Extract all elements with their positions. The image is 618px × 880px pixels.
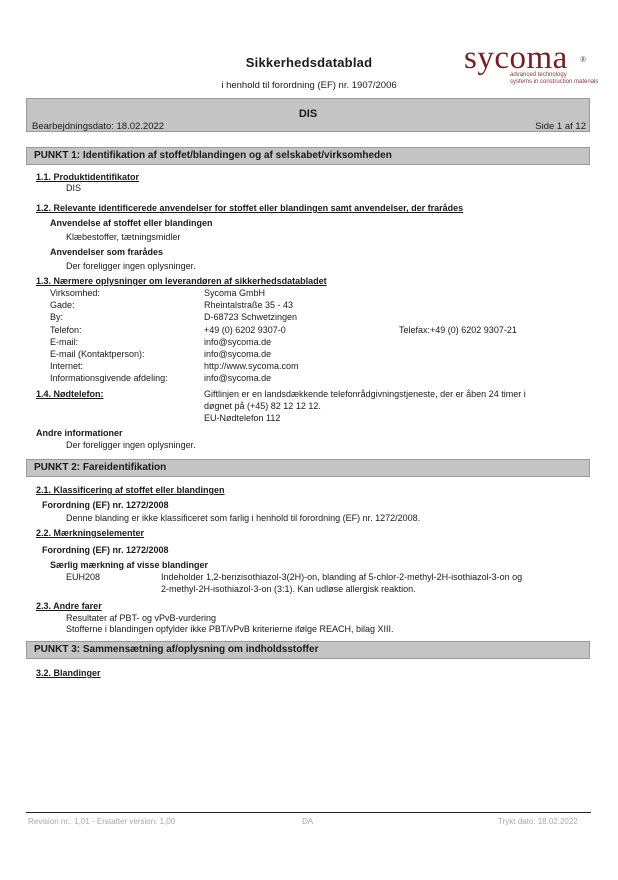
- registered-mark-icon: ®: [580, 46, 587, 74]
- email-label: E-mail:: [50, 337, 78, 347]
- phone-label: Telefon:: [50, 325, 82, 335]
- processing-date: Bearbejdningsdato: 18.02.2022: [32, 121, 164, 132]
- city-label: By:: [50, 312, 63, 322]
- revision-info: Revision nr.: 1,01 - Erstatter version: …: [28, 817, 175, 826]
- section-2-header: PUNKT 2: Fareidentifikation: [26, 459, 590, 477]
- website-link[interactable]: http://www.sycoma.com: [204, 361, 299, 371]
- language-code: DA: [302, 817, 313, 826]
- use-label: Anvendelse af stoffet eller blandingen: [50, 218, 213, 228]
- emergency-line-3: EU-Nødtelefon 112: [204, 413, 280, 423]
- section-1-2-heading: 1.2. Relevante identificerede anvendelse…: [36, 203, 463, 213]
- classification-value: Denne blanding er ikke klassificeret som…: [66, 513, 420, 523]
- other-info-label: Andre informationer: [36, 428, 123, 438]
- print-date: Trykt dato: 18.02.2022: [498, 817, 578, 826]
- pbt-line-1: Resultater af PBT- og vPvB-vurdering: [66, 613, 216, 623]
- info-dept-email-link[interactable]: info@sycoma.de: [204, 373, 271, 383]
- advised-against-label: Anvendelser som frarådes: [50, 247, 163, 257]
- product-name: DIS: [27, 108, 589, 120]
- special-labelling-label: Særlig mærkning af visse blandinger: [50, 560, 208, 570]
- internet-label: Internet:: [50, 361, 83, 371]
- euh-code: EUH208: [66, 572, 100, 582]
- advised-against-value: Der foreligger ingen oplysninger.: [66, 261, 196, 271]
- section-1-3-heading: 1.3. Nærmere oplysninger om leverandøren…: [36, 276, 327, 286]
- email-link[interactable]: info@sycoma.de: [204, 337, 271, 347]
- logo-word: sycoma: [464, 40, 568, 76]
- page-number: Side 1 af 12: [535, 121, 586, 132]
- section-2-2-heading: 2.2. Mærkningselementer: [36, 528, 144, 538]
- section-1-1-heading: 1.1. Produktidentifikator: [36, 172, 139, 182]
- emergency-line-2: døgnet på (+45) 82 12 12 12.: [204, 401, 321, 411]
- logo-tagline-2: systems in construction materials: [510, 79, 614, 86]
- footer-divider: [26, 812, 591, 813]
- street-label: Gade:: [50, 300, 75, 310]
- product-identifier: DIS: [66, 183, 81, 193]
- section-1-4-heading: 1.4. Nødtelefon:: [36, 389, 104, 399]
- regulation-label-2-2: Forordning (EF) nr. 1272/2008: [42, 545, 169, 555]
- telefax: Telefax:+49 (0) 6202 9307-21: [399, 325, 517, 335]
- section-3-header: PUNKT 3: Sammensætning af/oplysning om i…: [26, 641, 590, 659]
- supplier-label: Virksomhed:: [50, 288, 100, 298]
- city-value: D-68723 Schwetzingen: [204, 312, 297, 322]
- euh-text-line-2: 2-methyl-2H-isothiazol-3-on (3:1). Kan u…: [161, 584, 416, 594]
- section-1-header: PUNKT 1: Identifikation af stoffet/bland…: [26, 147, 590, 165]
- info-dept-label: Informationsgivende afdeling:: [50, 373, 168, 383]
- section-3-2-heading: 3.2. Blandinger: [36, 668, 101, 678]
- other-info-value: Der foreligger ingen oplysninger.: [66, 440, 196, 450]
- company-logo: sycoma ® advanced technology systems in …: [464, 44, 614, 86]
- use-value: Klæbestoffer, tætningsmidler: [66, 232, 180, 242]
- euh-text-line-1: Indeholder 1,2-benzisothiazol-3(2H)-on, …: [161, 572, 522, 582]
- supplier-value: Sycoma GmbH: [204, 288, 265, 298]
- section-2-1-heading: 2.1. Klassificering af stoffet eller bla…: [36, 485, 225, 495]
- pbt-line-2: Stofferne i blandingen opfylder ikke PBT…: [66, 624, 394, 634]
- product-header-box: DIS Bearbejdningsdato: 18.02.2022 Side 1…: [26, 98, 590, 132]
- emergency-line-1: Giftlinjen er en landsdækkende telefonrå…: [204, 389, 526, 399]
- regulation-label-2-1: Forordning (EF) nr. 1272/2008: [42, 500, 169, 510]
- street-value: Rheintalstraße 35 - 43: [204, 300, 293, 310]
- contact-email-label: E-mail (Kontaktperson):: [50, 349, 145, 359]
- contact-email-link[interactable]: info@sycoma.de: [204, 349, 271, 359]
- logo-wordmark: sycoma ®: [464, 44, 614, 72]
- phone-value: +49 (0) 6202 9307-0: [204, 325, 286, 335]
- section-2-3-heading: 2.3. Andre farer: [36, 601, 102, 611]
